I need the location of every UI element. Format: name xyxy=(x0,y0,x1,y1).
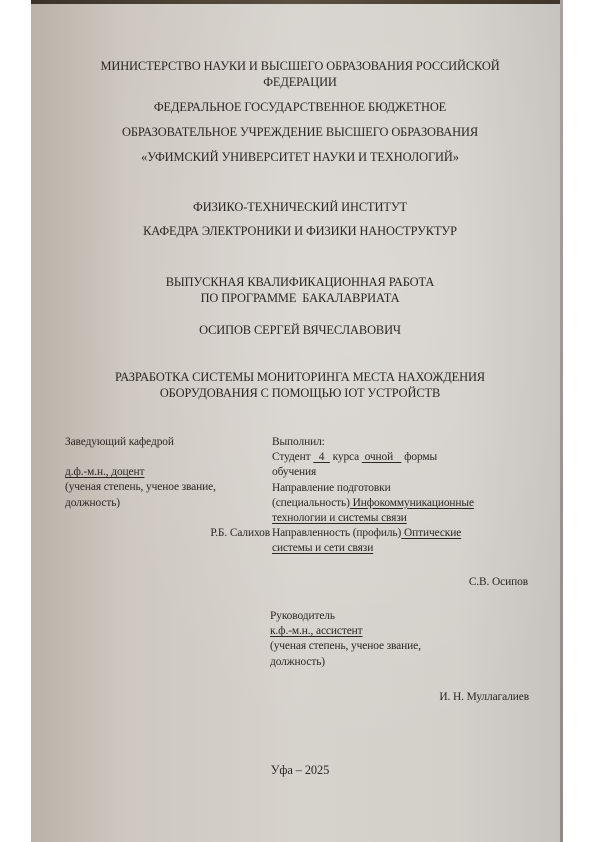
ministry-heading: МИНИСТЕРСТВО НАУКИ И ВЫСШЕГО ОБРАЗОВАНИЯ… xyxy=(40,58,560,90)
head-hint-line-2: должность) xyxy=(65,496,270,511)
ministry-line-1: МИНИСТЕРСТВО НАУКИ И ВЫСШЕГО ОБРАЗОВАНИЯ… xyxy=(40,58,560,74)
supervisor-hint-line-2: должность) xyxy=(270,655,530,670)
city-year: Уфа – 2025 xyxy=(40,762,560,778)
institution-line-1: ФЕДЕРАЛЬНОЕ ГОСУДАРСТВЕННОЕ БЮДЖЕТНОЕ xyxy=(40,99,560,115)
profile-label: Направленность (профиль) xyxy=(272,527,401,539)
head-of-department-block: Заведующий кафедрой д.ф.-м.н., доцент (у… xyxy=(65,435,270,541)
head-label: Заведующий кафедрой xyxy=(65,435,270,450)
supervisor-label: Руководитель xyxy=(270,609,530,624)
study-form-value: очной xyxy=(362,451,402,463)
form-word: формы xyxy=(401,451,437,463)
work-title-line-1: РАЗРАБОТКА СИСТЕМЫ МОНИТОРИНГА МЕСТА НАХ… xyxy=(40,369,560,385)
student-line: Студент 4 курса очной формы xyxy=(272,450,537,465)
head-signature-name: Р.Б. Салихов xyxy=(65,526,270,541)
institute-name: ФИЗИКО-ТЕХНИЧЕСКИЙ ИНСТИТУТ xyxy=(40,199,560,215)
student-prefix: Студент xyxy=(272,451,313,463)
head-hint-line-1: (ученая степень, ученое звание, xyxy=(65,480,270,495)
institution-line-2: ОБРАЗОВАТЕЛЬНОЕ УЧРЕЖДЕНИЕ ВЫСШЕГО ОБРАЗ… xyxy=(40,124,560,140)
department-name: КАФЕДРА ЭЛЕКТРОНИКИ И ФИЗИКИ НАНОСТРУКТУ… xyxy=(40,223,560,239)
profile-line: Направленность (профиль) Оптические xyxy=(272,526,537,541)
specialty-line: (специальность) Инфокоммуникационные xyxy=(272,496,537,511)
performer-block: Выполнил: Студент 4 курса очной формы об… xyxy=(272,435,537,557)
supervisor-signature-name: И. Н. Муллагалиев xyxy=(300,690,529,705)
supervisor-hint-line-1: (ученая степень, ученое звание, xyxy=(270,639,530,654)
supervisor-block: Руководитель к.ф.-м.н., ассистент (учена… xyxy=(270,609,530,670)
ministry-line-2: ФЕДЕРАЦИИ xyxy=(40,74,560,90)
course-value: 4 xyxy=(313,451,330,463)
direction-label: Направление подготовки xyxy=(272,481,537,496)
specialty-value-2: технологии и системы связи xyxy=(272,512,407,524)
work-title-line-2: ОБОРУДОВАНИЯ С ПОМОЩЬЮ IOT УСТРОЙСТВ xyxy=(40,385,560,401)
work-type-line-2: ПО ПРОГРАММЕ БАКАЛАВРИАТА xyxy=(40,290,560,306)
work-type-line-1: ВЫПУСКНАЯ КВАЛИФИКАЦИОННАЯ РАБОТА xyxy=(40,274,560,290)
author-name: ОСИПОВ СЕРГЕЙ ВЯЧЕСЛАВОВИЧ xyxy=(40,322,560,338)
supervisor-degree: к.ф.-м.н., ассистент xyxy=(270,625,363,637)
course-word: курса xyxy=(330,451,362,463)
specialty-label: (специальность) xyxy=(272,497,350,509)
performer-signature-name: С.В. Осипов xyxy=(300,575,528,590)
study-word: обучения xyxy=(272,465,537,480)
title-page: МИНИСТЕРСТВО НАУКИ И ВЫСШЕГО ОБРАЗОВАНИЯ… xyxy=(0,0,595,842)
head-degree: д.ф.-м.н., доцент xyxy=(65,466,144,478)
university-name: «УФИМСКИЙ УНИВЕРСИТЕТ НАУКИ И ТЕХНОЛОГИЙ… xyxy=(40,149,560,165)
profile-value-1: Оптические xyxy=(401,527,461,539)
work-type: ВЫПУСКНАЯ КВАЛИФИКАЦИОННАЯ РАБОТА ПО ПРО… xyxy=(40,274,560,306)
profile-value-2: системы и сети связи xyxy=(272,542,373,554)
work-title: РАЗРАБОТКА СИСТЕМЫ МОНИТОРИНГА МЕСТА НАХ… xyxy=(40,369,560,401)
performer-label: Выполнил: xyxy=(272,435,537,450)
specialty-value-1: Инфокоммуникационные xyxy=(350,497,474,509)
